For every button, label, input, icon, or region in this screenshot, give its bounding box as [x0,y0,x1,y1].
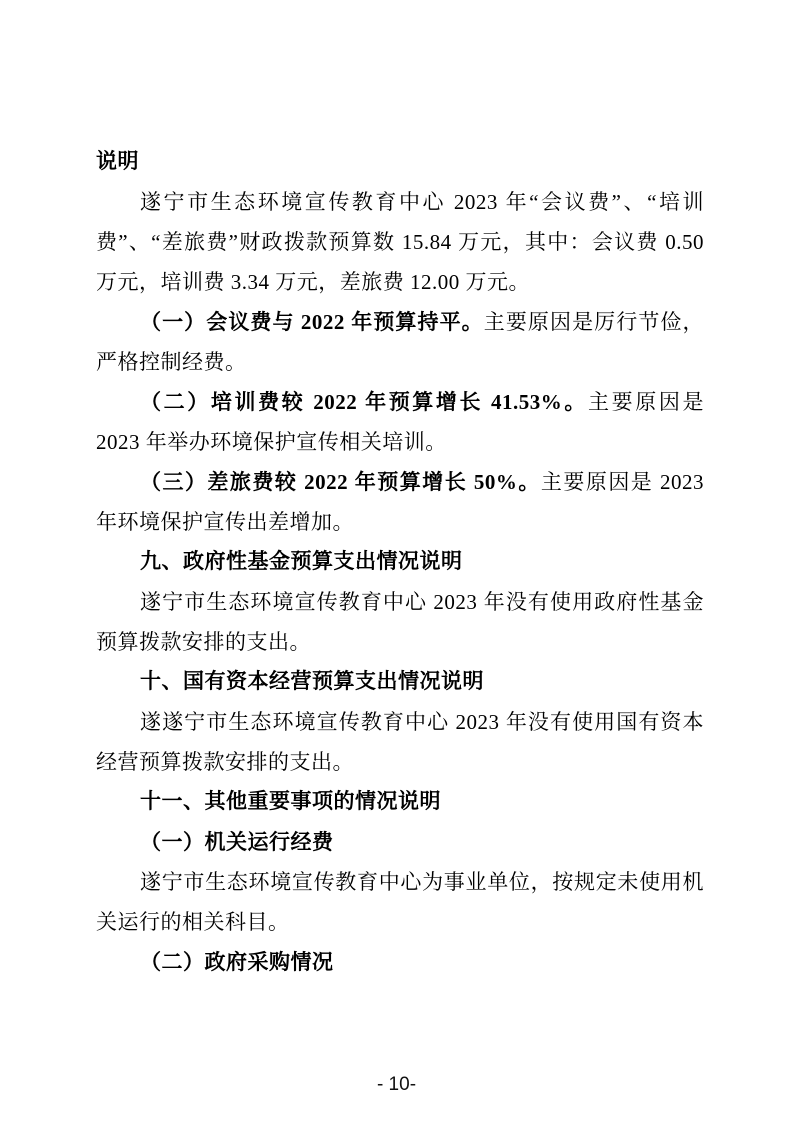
paragraph-item-1-lead: （一）会议费与 2022 年预算持平。 [140,310,484,334]
subheading-section-11-1: （一）机关运行经费 [96,822,704,862]
paragraph-item-2-lead: （二）培训费较 2022 年预算增长 41.53%。 [140,390,588,414]
heading-section-10: 十、国有资本经营预算支出情况说明 [96,662,704,702]
heading-shuoming: 说明 [96,142,704,182]
paragraph-item-3: （三）差旅费较 2022 年预算增长 50%。主要原因是 2023 年环境保护宣… [96,462,704,542]
paragraph-item-1: （一）会议费与 2022 年预算持平。主要原因是厉行节俭，严格控制经费。 [96,302,704,382]
paragraph-section-11-1: 遂宁市生态环境宣传教育中心为事业单位，按规定未使用机关运行的相关科目。 [96,862,704,942]
paragraph-section-9: 遂宁市生态环境宣传教育中心 2023 年没有使用政府性基金预算拨款安排的支出。 [96,582,704,662]
heading-section-11: 十一、其他重要事项的情况说明 [96,782,704,822]
document-body: 说明 遂宁市生态环境宣传教育中心 2023 年“会议费”、“培训费”、“差旅费”… [96,142,704,982]
heading-section-9: 九、政府性基金预算支出情况说明 [96,542,704,582]
page-number: - 10- [0,1070,793,1100]
paragraph-section-10: 遂遂宁市生态环境宣传教育中心 2023 年没有使用国有资本经营预算拨款安排的支出… [96,702,704,782]
paragraph-item-3-lead: （三）差旅费较 2022 年预算增长 50%。 [140,470,541,494]
document-page: 说明 遂宁市生态环境宣传教育中心 2023 年“会议费”、“培训费”、“差旅费”… [0,0,793,1122]
paragraph-item-2: （二）培训费较 2022 年预算增长 41.53%。主要原因是 2023 年举办… [96,382,704,462]
paragraph-budget-summary: 遂宁市生态环境宣传教育中心 2023 年“会议费”、“培训费”、“差旅费”财政拨… [96,182,704,302]
subheading-section-11-2: （二）政府采购情况 [96,942,704,982]
